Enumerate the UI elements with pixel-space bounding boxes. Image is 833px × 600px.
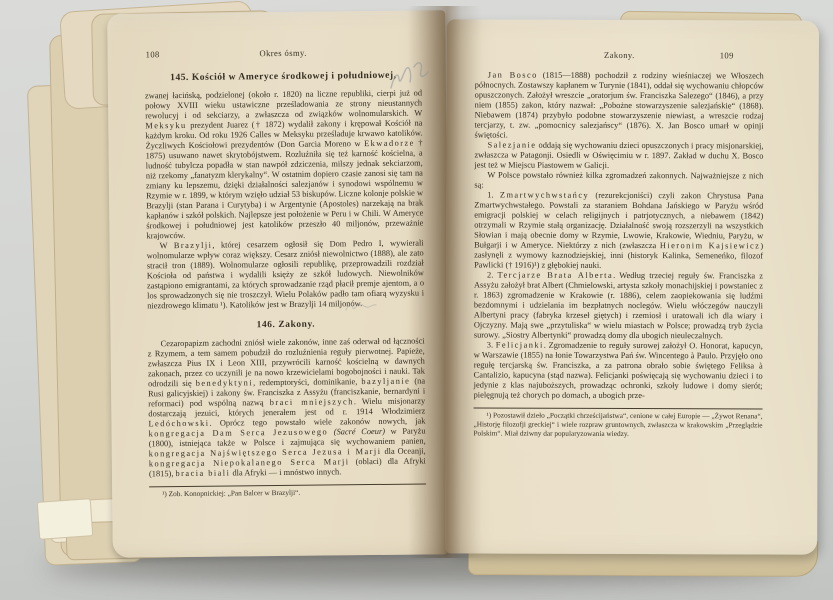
footnote-left: ¹) Zob. Konopnickiej: „Pan Balcer w Braz… (149, 487, 426, 499)
paragraph: 1. Zmartwychwstańcy (rezurekcjoniści) cz… (474, 190, 763, 271)
body-text: † 1875) usuwano nawet skrytobójstwem. Ro… (146, 138, 424, 240)
page-number-right: 109 (720, 50, 734, 60)
footnote-rule-right (474, 407, 763, 409)
emphasized-text: Meksyku (145, 121, 186, 130)
section-heading: 146. Zakony. (147, 318, 424, 331)
right-page: Zakony. 109 Jan Bosco (1815—1888) pochod… (445, 19, 819, 554)
emphasized-text: bracia biali (175, 469, 230, 479)
running-title-left: Okres ósmy. (145, 46, 422, 59)
book-photo-scene: 108 Okres ósmy. 145. Kościół w Ameryce ś… (0, 0, 833, 600)
body-text: . Według trzeciej reguły św. Franciszka … (474, 271, 763, 340)
body-text: (1815—1888) pochodził z rodziny wieśniac… (475, 71, 764, 140)
left-page: 108 Okres ósmy. 145. Kościół w Ameryce ś… (107, 10, 451, 558)
body-text: dla Oceanji, (381, 446, 425, 455)
paragraph: zwanej łacińską, podzielonej (około r. 1… (145, 88, 424, 241)
paper-slip (37, 498, 94, 540)
paragraph: Jan Bosco (1815—1888) pochodził z rodzin… (475, 70, 764, 141)
paragraph: 3. Felicjanki. Zgromadzenie to reguły su… (474, 340, 763, 401)
page-number-left: 108 (146, 49, 160, 59)
paragraph: 2. Tercjarze Brata Alberta. Według trzec… (474, 270, 763, 341)
paragraph: Cezaropapizm zachodni zniósł wiele zakon… (148, 336, 426, 479)
body-text: W Polsce powstało również kilka zgromadz… (474, 170, 763, 189)
left-running-header: 108 Okres ósmy. (145, 46, 422, 62)
paragraph: W Brazylji, której cesarzem ogłosił się … (147, 238, 425, 311)
emphasized-text: Ledóchowski (148, 419, 209, 429)
emphasized-text: Felicjanki (496, 341, 544, 350)
emphasized-text: Brazylji (174, 241, 213, 250)
body-text: dla Afryki — i mnóstwo innych. (230, 467, 341, 477)
right-running-header: Zakony. 109 (475, 49, 764, 63)
footnote-rule-left (149, 483, 426, 487)
footnote-right: ¹) Pozostawił dzieło „Początki chrześcij… (473, 411, 762, 438)
emphasized-text: braci mniejszych (270, 397, 354, 407)
right-page-content: Zakony. 109 Jan Bosco (1815—1888) pochod… (473, 49, 763, 438)
body-text: 1. (487, 190, 500, 199)
body-text: 3. (487, 340, 496, 349)
paragraph: W Polsce powstało również kilka zgromadz… (474, 170, 763, 191)
body-text: , redemptoryści, dominikanie, (253, 377, 361, 387)
body-text: zwanej łacińską, podzielonej (około r. 1… (145, 88, 422, 120)
emphasized-text: Tercjarze Brata Alberta (498, 271, 614, 280)
emphasized-text: Jan Bosco (488, 70, 538, 79)
emphasized-text: Zmartwychwstańcy (500, 191, 589, 200)
chapter-heading: 145. Kościół w Ameryce środkowej i połud… (145, 69, 422, 83)
emphasized-text: benedyktyni (196, 378, 253, 388)
paragraph: Salezjanie oddają się wychowaniu dzieci … (474, 140, 763, 171)
italic-text: (Sacré Coeur) (334, 427, 385, 437)
emphasized-text: bazyljanie (361, 377, 410, 387)
emphasized-text: kongregacja Dam Serca Jezusowego (149, 427, 329, 438)
left-page-content: 108 Okres ósmy. 145. Kościół w Ameryce ś… (145, 46, 427, 499)
left-body-zakony: Cezaropapizm zachodni zniósł wiele zakon… (148, 336, 426, 479)
right-body: Jan Bosco (1815—1888) pochodził z rodzin… (474, 70, 764, 401)
body-text: W (160, 241, 174, 250)
emphasized-text: Salezjanie (487, 140, 536, 149)
left-body-intro: zwanej łacińską, podzielonej (około r. 1… (145, 88, 424, 311)
emphasized-text: Ekwadorze (364, 139, 415, 149)
emphasized-text: Hieronim Kajsiewicz (660, 241, 761, 250)
body-text: 2. (487, 270, 498, 279)
